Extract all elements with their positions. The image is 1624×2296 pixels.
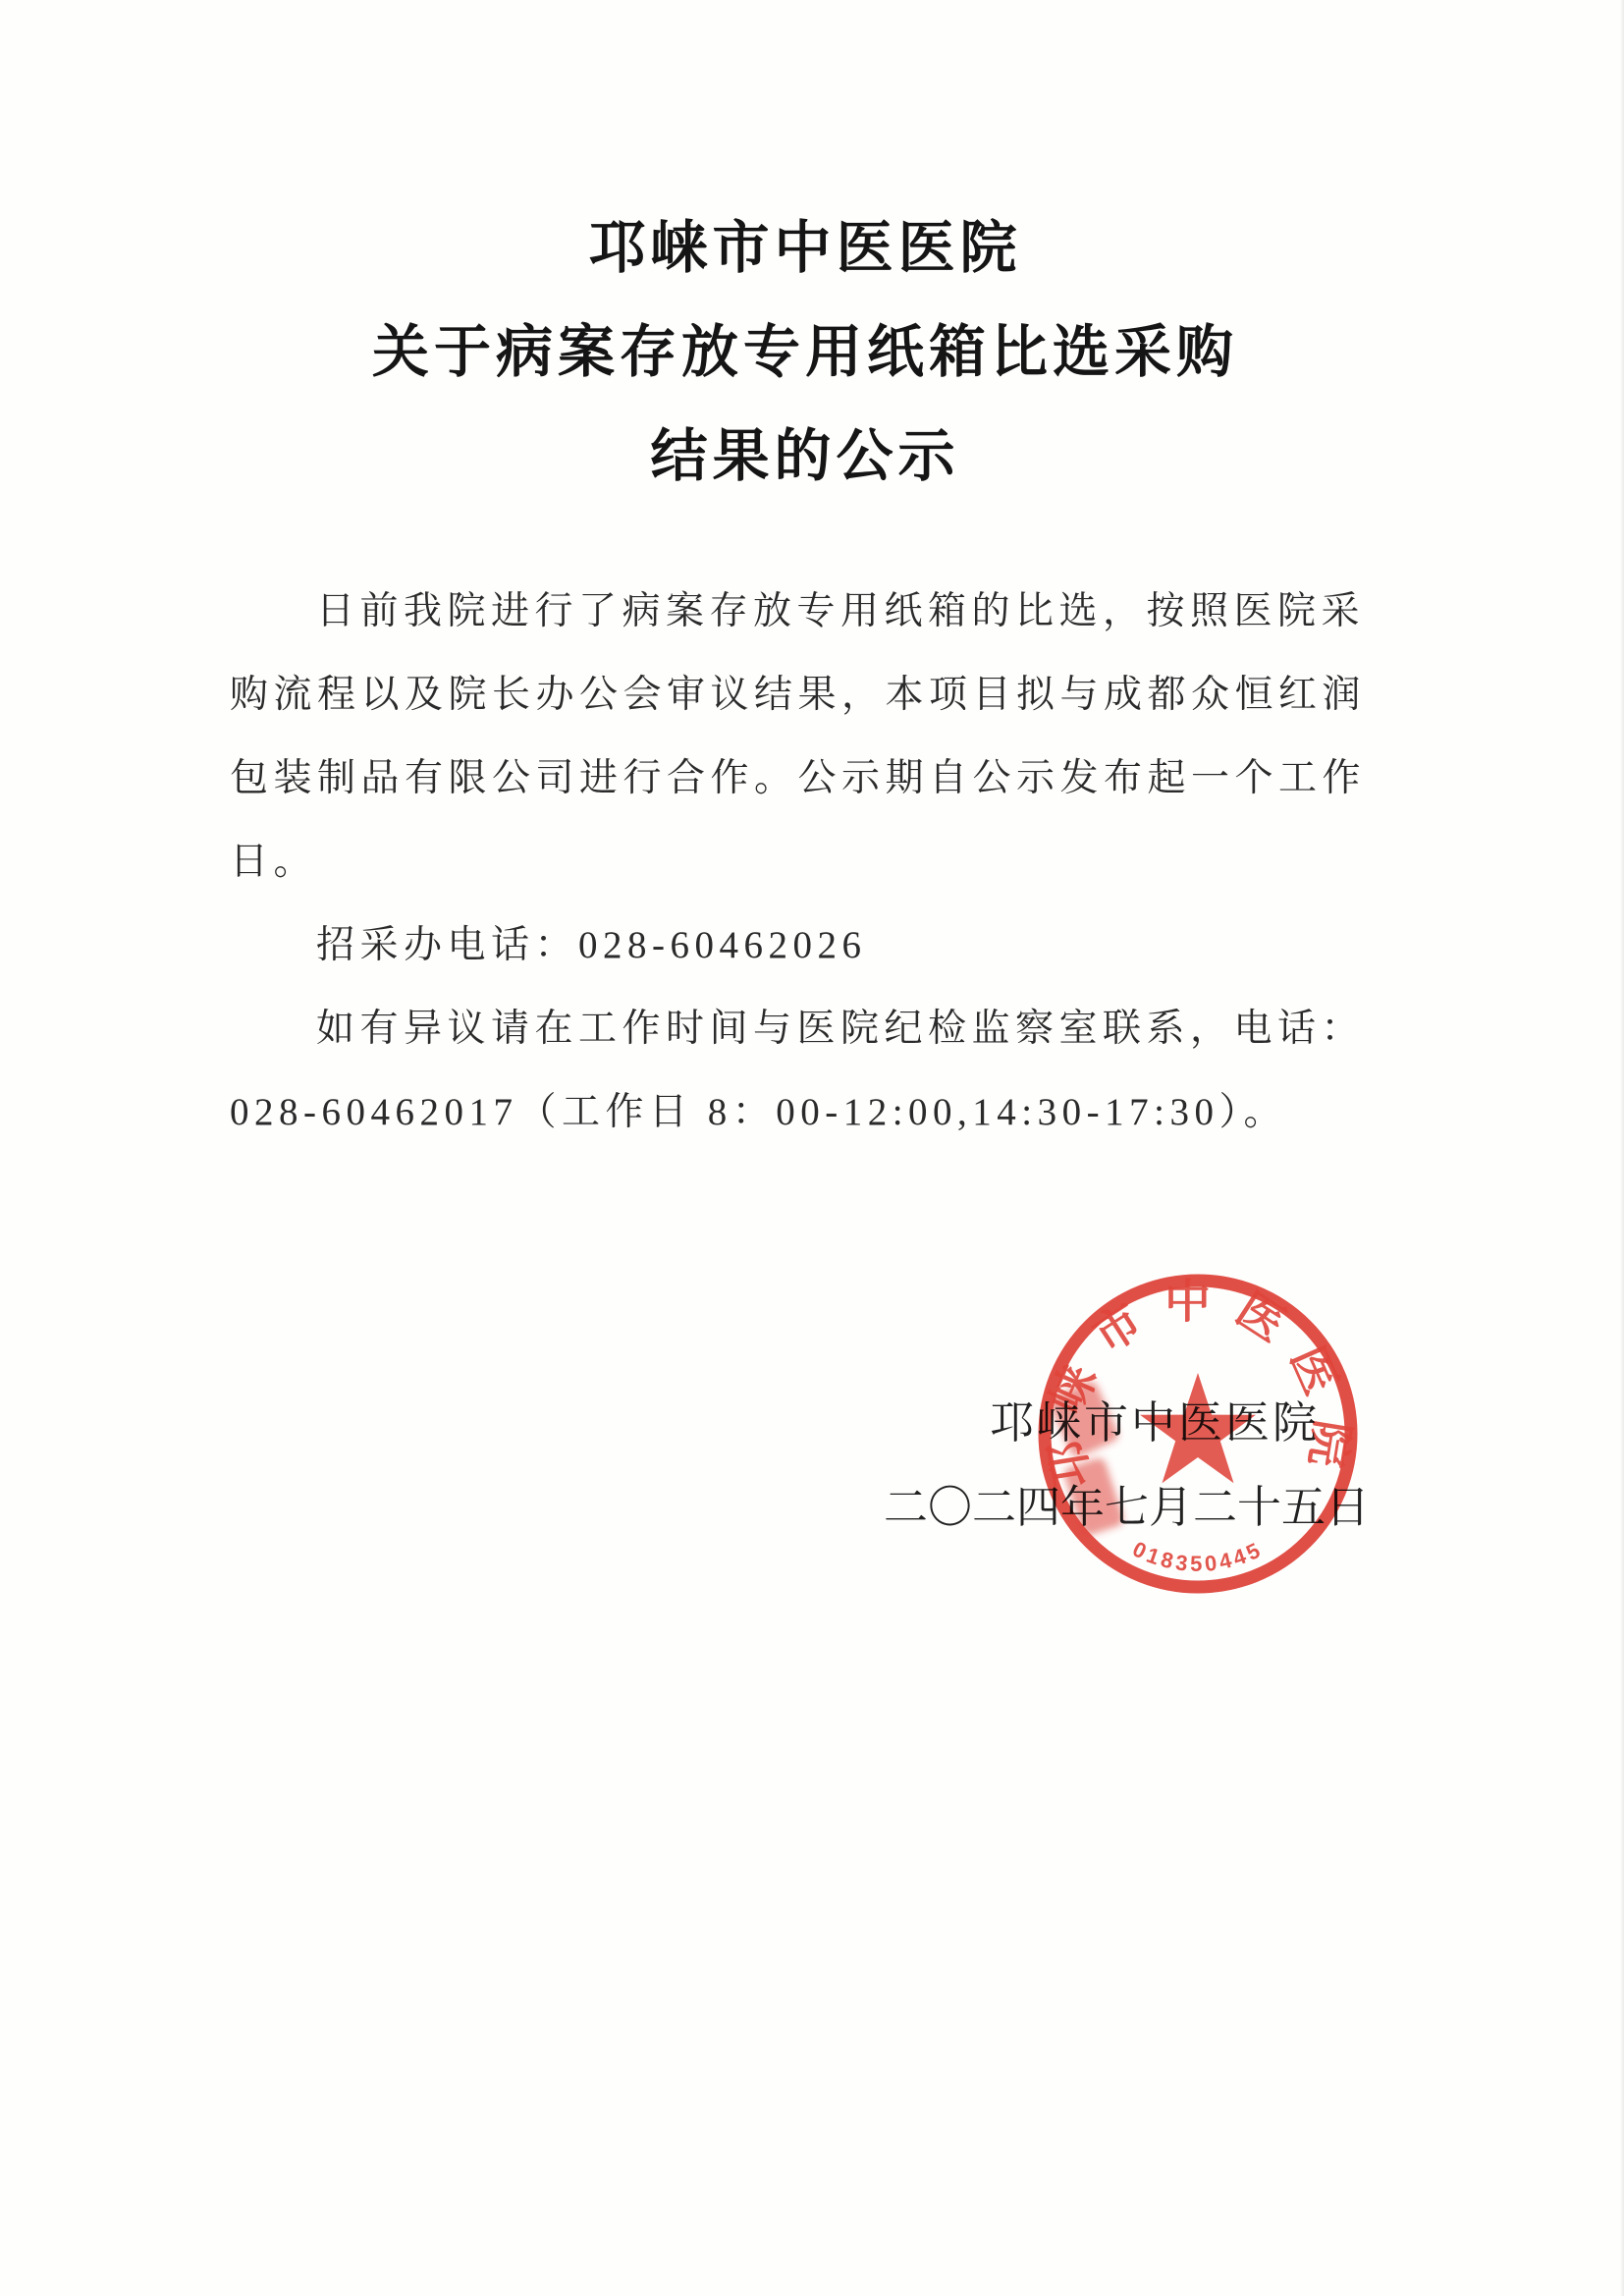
document-body: 日前我院进行了病案存放专用纸箱的比选，按照医院采 购流程以及院长办公会审议结果，… <box>230 570 1388 1154</box>
scan-edge-artifact <box>1620 0 1624 2296</box>
announcement-document-page: 邛崃市中医医院 关于病案存放专用纸箱比选采购 结果的公示 日前我院进行了病案存放… <box>0 0 1624 2296</box>
body-line-supervision-contact: 如有异议请在工作时间与医院纪检监察室联系，电话： <box>230 987 1388 1070</box>
body-line-procurement-phone: 招采办电话：028-60462026 <box>230 903 1388 987</box>
title-line-subject: 关于病案存放专用纸箱比选采购 <box>0 301 1610 405</box>
title-line-result: 结果的公示 <box>0 405 1610 509</box>
body-line: 日前我院进行了病案存放专用纸箱的比选，按照医院采 <box>230 570 1388 653</box>
body-line: 日。 <box>230 820 1388 903</box>
document-title: 邛崃市中医医院 关于病案存放专用纸箱比选采购 结果的公示 <box>0 196 1610 509</box>
body-line-supervision-phone: 028-60462017（工作日 8：00-12:00,14:30-17:30）… <box>230 1070 1388 1154</box>
official-red-seal: 邛崃市中医医院 5101835044545 <box>1019 1255 1377 1613</box>
body-line: 购流程以及院长办公会审议结果，本项目拟与成都众恒红润 <box>230 653 1388 737</box>
seal-star-icon <box>1140 1373 1256 1483</box>
body-line: 包装制品有限公司进行合作。公示期自公示发布起一个工作 <box>230 737 1388 820</box>
title-line-hospital: 邛崃市中医医院 <box>0 196 1610 301</box>
